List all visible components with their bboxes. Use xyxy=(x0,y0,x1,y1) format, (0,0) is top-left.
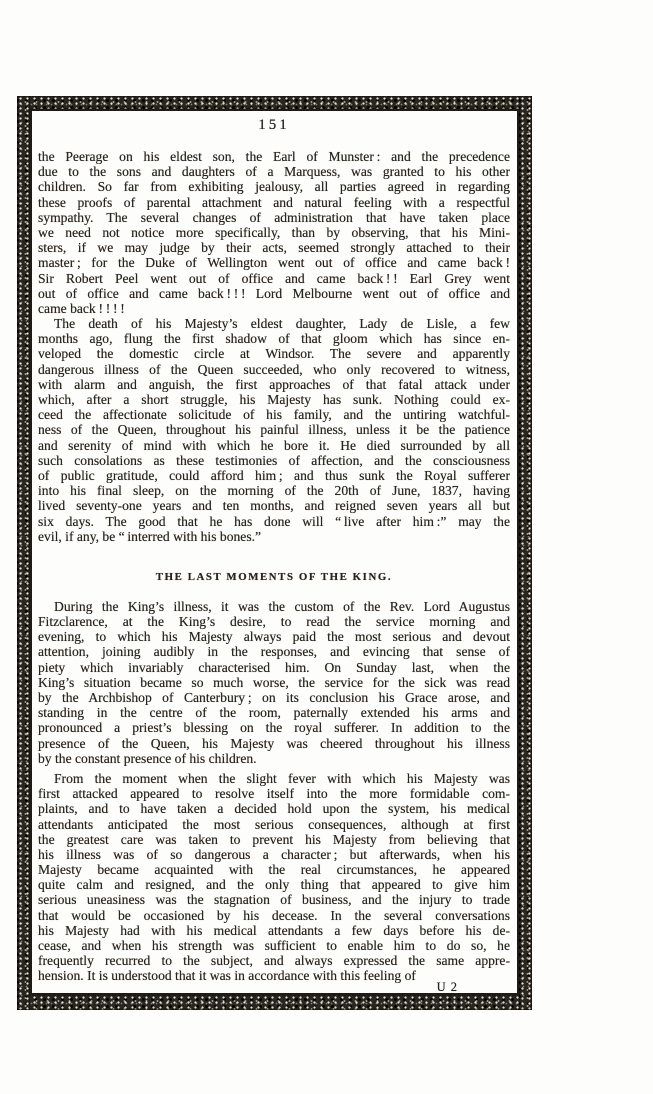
text-line: his Majesty had with his medical attenda… xyxy=(38,923,510,938)
text-line: From the moment when the slight fever wi… xyxy=(38,771,510,786)
text-line: attendants anticipated the most serious … xyxy=(38,817,510,832)
text-line: with alarm and anguish, the first approa… xyxy=(38,377,510,392)
text-line: and serenity of mind with which he bore … xyxy=(38,438,510,453)
text-line: that would be occasioned by his decease.… xyxy=(38,908,510,923)
text-line: came back ! ! ! ! xyxy=(38,301,510,316)
text-line: Majesty became acquainted with the real … xyxy=(38,862,510,877)
paragraph: The death of his Majesty’s eldest daught… xyxy=(38,316,510,544)
text-line: King’s situation became so much worse, t… xyxy=(38,675,510,690)
text-line: master ; for the Duke of Wellington went… xyxy=(38,255,510,270)
border-band-right xyxy=(519,96,532,1010)
text-line: these proofs of parental attachment and … xyxy=(38,195,510,210)
border-band-top xyxy=(17,96,532,109)
text-line: During the King’s illness, it was the cu… xyxy=(38,599,510,614)
text-line: which, after a short struggle, his Majes… xyxy=(38,392,510,407)
text-line: months ago, flung the first shadow of th… xyxy=(38,331,510,346)
text-line: attention, joining audibly in the respon… xyxy=(38,644,510,659)
text-line: cease, and when his strength was suffici… xyxy=(38,938,510,953)
text-line: into his final sleep, on the morning of … xyxy=(38,483,510,498)
text-line: of public gratitude, could afford him ; … xyxy=(38,468,510,483)
text-line: sympathy. The several changes of adminis… xyxy=(38,210,510,225)
text-line: evil, if any, be “ interred with his bon… xyxy=(38,529,510,544)
text-line: frequently recurred to the subject, and … xyxy=(38,953,510,968)
text-line: ceed the affectionate solicitude of his … xyxy=(38,407,510,422)
text-line: veloped the domestic circle at Windsor. … xyxy=(38,346,510,361)
text-line: dangerous illness of the Queen succeeded… xyxy=(38,362,510,377)
text-line: serious uneasiness was the stagnation of… xyxy=(38,892,510,907)
text-line: evening, to which his Majesty always pai… xyxy=(38,629,510,644)
text-line: pronounced a priest’s blessing on the ro… xyxy=(38,720,510,735)
text-line: the greatest care was taken to prevent h… xyxy=(38,832,510,847)
text-line: first attacked appeared to resolve itsel… xyxy=(38,786,510,801)
text-line: such consolations as these testimonies o… xyxy=(38,453,510,468)
text-line: quite calm and resigned, and the only th… xyxy=(38,877,510,892)
text-line: children. So far from exhibiting jealous… xyxy=(38,179,510,194)
border-band-left xyxy=(17,96,30,1010)
text-line: The death of his Majesty’s eldest daught… xyxy=(38,316,510,331)
text-line: by the Archbishop of Canterbury ; on its… xyxy=(38,690,510,705)
paragraph: the Peerage on his eldest son, the Earl … xyxy=(38,149,510,316)
border-band-bottom xyxy=(17,995,532,1010)
page-number: 151 xyxy=(38,117,510,134)
text-line: ness of the Queen, throughout his painfu… xyxy=(38,422,510,437)
paragraph: From the moment when the slight fever wi… xyxy=(38,771,510,984)
text-line: lived seventy-one years and ten months, … xyxy=(38,498,510,513)
text-line: six days. The good that he has done will… xyxy=(38,514,510,529)
text-line: his illness was of so dangerous a charac… xyxy=(38,847,510,862)
text-line: standing in the centre of the room, pate… xyxy=(38,705,510,720)
text-line: plaints, and to have taken a decided hol… xyxy=(38,801,510,816)
text-line: Fitzclarence, at the King’s desire, to r… xyxy=(38,614,510,629)
text-line: the Peerage on his eldest son, the Earl … xyxy=(38,149,510,164)
text-line: Sir Robert Peel went out of office and c… xyxy=(38,271,510,286)
text-line: presence of the Queen, his Majesty was c… xyxy=(38,736,510,751)
text-line: sters, if we may judge by their acts, se… xyxy=(38,240,510,255)
text-line: out of office and came back ! ! ! Lord M… xyxy=(38,286,510,301)
paragraph: During the King’s illness, it was the cu… xyxy=(38,599,510,766)
text-line: we need not notice more specifically, th… xyxy=(38,225,510,240)
page-body-text: the Peerage on his eldest son, the Earl … xyxy=(38,149,510,993)
text-line: by the constant presence of his children… xyxy=(38,751,510,766)
text-line: due to the sons and daughters of a Marqu… xyxy=(38,164,510,179)
book-page-scan: 151 the Peerage on his eldest son, the E… xyxy=(0,0,653,1094)
text-line: piety which invariably characterised him… xyxy=(38,660,510,675)
section-heading: THE LAST MOMENTS OF THE KING. xyxy=(38,570,510,584)
